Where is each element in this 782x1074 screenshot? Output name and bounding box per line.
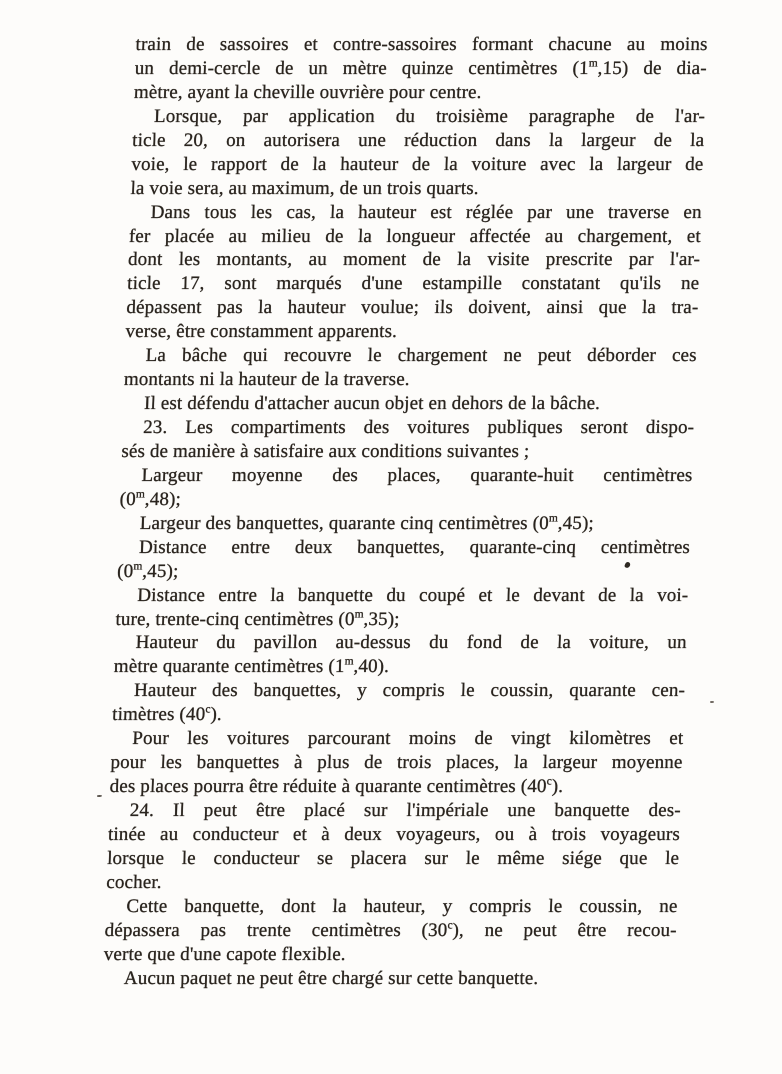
paragraph: Aucun paquet ne peut être chargé sur cet… — [103, 967, 676, 991]
text-line: montants ni la hauteur de la traverse. — [123, 368, 696, 392]
text-line: cocher. — [106, 871, 679, 895]
paragraph: Cette banquette, dont la hauteur, y comp… — [103, 895, 678, 967]
text-line: Aucun paquet ne peut être chargé sur cet… — [103, 967, 676, 991]
text-line: 23. Les compartiments des voitures publi… — [122, 416, 695, 440]
text-line: lorsque le conducteur se placera sur le … — [107, 847, 680, 871]
text-line: sés de manière à satisfaire aux conditio… — [121, 440, 694, 464]
ink-speck — [710, 701, 714, 703]
paragraph: 24. Il peut être placé sur l'impériale u… — [106, 799, 681, 895]
text-line: pour les banquettes à plus de trois plac… — [110, 751, 683, 775]
text-line: 24. Il peut être placé sur l'impériale u… — [108, 799, 681, 823]
text-line: dépassent pas la hauteur voulue; ils doi… — [126, 296, 699, 320]
paragraph: Largeur des banquettes, quarante cinq ce… — [118, 512, 691, 536]
text-line: mètre quarante centimètres (1m,40). — [113, 655, 686, 679]
paragraph: La bâche qui recouvre le chargement ne p… — [123, 344, 697, 392]
text-line: ticle 20, on autorisera une réduction da… — [132, 129, 705, 153]
superscript-unit: c — [447, 919, 453, 931]
text-line: Hauteur des banquettes, y compris le cou… — [113, 679, 686, 703]
text-line: tinée au conducteur et à deux voyageurs,… — [108, 823, 681, 847]
text-line: Hauteur du pavillon au-dessus du fond de… — [114, 631, 687, 655]
paragraph: Hauteur des banquettes, y compris le cou… — [112, 679, 686, 727]
superscript-unit: m — [355, 608, 364, 620]
text-line: Largeur moyenne des places, quarante-hui… — [120, 464, 693, 488]
paragraph: Dans tous les cas, la hauteur est réglée… — [125, 201, 702, 345]
text-line: verse, être constamment apparents. — [125, 320, 698, 344]
superscript-unit: m — [133, 560, 142, 572]
paragraph: 23. Les compartiments des voitures publi… — [121, 416, 695, 464]
text-line: un demi-cercle de un mètre quinze centim… — [134, 57, 707, 81]
paragraph: Distance entre la banquette du coupé et … — [115, 584, 689, 632]
paragraph: train de sassoires et contre-sassoires f… — [133, 33, 708, 105]
text-line: mètre, ayant la cheville ouvrière pour c… — [133, 81, 706, 105]
text-block: train de sassoires et contre-sassoires f… — [103, 33, 708, 991]
ink-speck — [97, 795, 102, 797]
text-line: ticle 17, sont marqués d'une estampille … — [127, 272, 700, 296]
text-line: Lorsque, par application du troisième pa… — [133, 105, 706, 129]
text-line: ture, trente-cinq centimètres (0m,35); — [115, 608, 688, 632]
paragraph: Lorsque, par application du troisième pa… — [130, 105, 705, 201]
paragraph: Pour les voitures parcourant moins de vi… — [109, 727, 684, 799]
text-line: fer placée au milieu de la longueur affe… — [128, 225, 701, 249]
paragraph: Il est défendu d'attacher aucun objet en… — [123, 392, 696, 416]
text-line: voie, le rapport de la hauteur de la voi… — [131, 153, 704, 177]
paragraph: Largeur moyenne des places, quarante-hui… — [119, 464, 693, 512]
superscript-unit: m — [549, 512, 558, 524]
text-line: dont les montants, au moment de la visit… — [128, 248, 701, 272]
text-line: Distance entre deux banquettes, quarante… — [118, 536, 691, 560]
superscript-unit: m — [344, 656, 353, 668]
text-line: des places pourra être réduite à quarant… — [109, 775, 682, 799]
text-line: Pour les voitures parcourant moins de vi… — [111, 727, 684, 751]
page-background: train de sassoires et contre-sassoires f… — [0, 0, 782, 1074]
text-line: la voie sera, au maximum, de un trois qu… — [130, 177, 703, 201]
text-line: Cette banquette, dont la hauteur, y comp… — [105, 895, 678, 919]
text-line: Il est défendu d'attacher aucun objet en… — [123, 392, 696, 416]
superscript-unit: m — [136, 488, 145, 500]
text-line: Largeur des banquettes, quarante cinq ce… — [118, 512, 691, 536]
superscript-unit: c — [205, 704, 211, 716]
text-line: (0m,45); — [117, 560, 690, 584]
text-line: timètres (40c). — [112, 703, 685, 727]
text-line: Distance entre la banquette du coupé et … — [116, 584, 689, 608]
text-line: verte que d'une capote flexible. — [103, 943, 676, 967]
text-line: (0m,48); — [119, 488, 692, 512]
text-line: dépassera pas trente centimètres (30c), … — [104, 919, 677, 943]
paragraph: Hauteur du pavillon au-dessus du fond de… — [113, 631, 687, 679]
superscript-unit: m — [589, 58, 598, 70]
superscript-unit: c — [547, 776, 553, 788]
text-line: La bâche qui recouvre le chargement ne p… — [124, 344, 697, 368]
text-line: train de sassoires et contre-sassoires f… — [135, 33, 708, 57]
paragraph: Distance entre deux banquettes, quarante… — [117, 536, 691, 584]
text-line: Dans tous les cas, la hauteur est réglée… — [129, 201, 702, 225]
